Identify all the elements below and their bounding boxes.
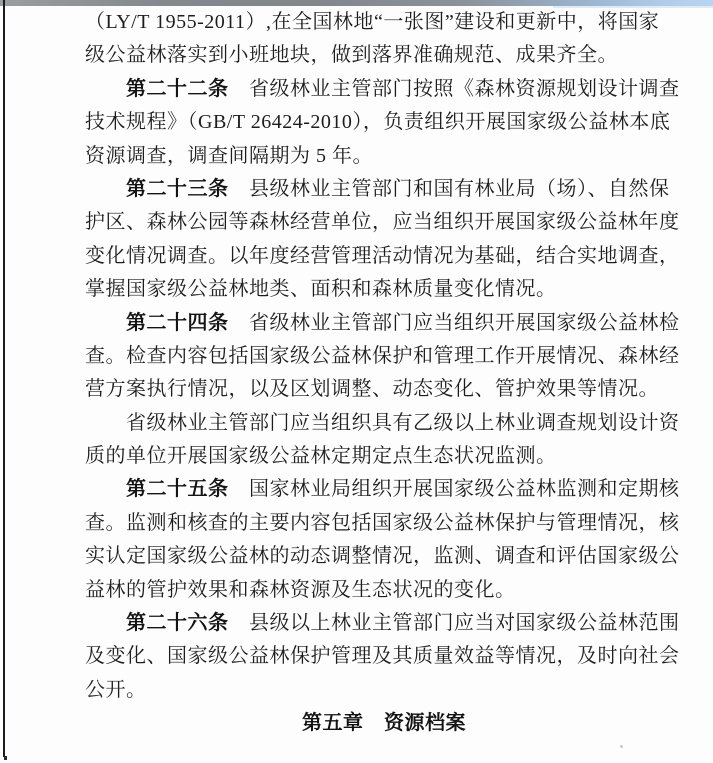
- doc-line-text: 县级以上林业主管部门应当对国家级公益林范围: [229, 612, 680, 634]
- article-number-bold: 第二十二条: [126, 78, 229, 100]
- doc-line: 营方案执行情况，以及区划调整、动态变化、管护效果等情况。: [85, 373, 683, 406]
- chapter-heading: 第五章 资源档案: [85, 707, 683, 740]
- doc-line: 资源调查，调查间隔期为 5 年。: [85, 140, 683, 173]
- document-text-block: （LY/T 1955-2011）,在全国林地“一张图”建设和更新中，将国家 级公…: [85, 6, 683, 741]
- scan-speck: [4, 756, 7, 760]
- article-number-bold: 第二十四条: [126, 312, 229, 334]
- doc-line: 掌握国家级公益林地类、面积和森林质量变化情况。: [85, 273, 683, 306]
- doc-line-text: 查。检查内容包括国家级公益林保护和管理工作开展情况、森林经: [85, 345, 680, 367]
- doc-line-text: 资源调查，调查间隔期为 5 年。: [85, 145, 373, 167]
- doc-line: 公开。: [85, 674, 683, 707]
- doc-line-text: 省级林业主管部门应当组织开展国家级公益林检: [229, 312, 680, 334]
- article-number-bold: 第二十五条: [126, 478, 229, 500]
- doc-line-text: 护区、森林公园等森林经营单位，应当组织开展国家级公益林年度: [85, 211, 680, 233]
- article-number-bold: 第二十六条: [126, 612, 229, 634]
- doc-line-text: 及变化、国家级公益林保护管理及其质量效益等情况，及时向社会: [85, 645, 680, 667]
- doc-line: 查。检查内容包括国家级公益林保护和管理工作开展情况、森林经: [85, 340, 683, 373]
- doc-line-text: 掌握国家级公益林地类、面积和森林质量变化情况。: [85, 278, 557, 300]
- doc-line-text: 变化情况调查。以年度经营管理活动情况为基础，结合实地调查，: [85, 245, 680, 267]
- doc-line-text: （LY/T 1955-2011）,在全国林地“一张图”建设和更新中，将国家: [85, 11, 659, 33]
- doc-line-text: 质的单位开展国家级公益林定期定点生态状况监测。: [85, 445, 557, 467]
- doc-line-text: 益林的管护效果和森林资源及生态状况的变化。: [85, 579, 516, 601]
- doc-line-text: 营方案执行情况，以及区划调整、动态变化、管护效果等情况。: [85, 378, 659, 400]
- doc-line: 省级林业主管部门应当组织具有乙级以上林业调查规划设计资: [85, 407, 683, 440]
- scan-left-edge-line: [3, 0, 5, 757]
- doc-line-text: 县级林业主管部门和国有林业局（场）、自然保: [229, 178, 670, 200]
- doc-line: 益林的管护效果和森林资源及生态状况的变化。: [85, 574, 683, 607]
- doc-line: 及变化、国家级公益林保护管理及其质量效益等情况，及时向社会: [85, 640, 683, 673]
- doc-line: 级公益林落实到小班地块，做到落界准确规范、成果齐全。: [85, 39, 683, 72]
- doc-line: 护区、森林公园等森林经营单位，应当组织开展国家级公益林年度: [85, 206, 683, 239]
- doc-line: 变化情况调查。以年度经营管理活动情况为基础，结合实地调查，: [85, 240, 683, 273]
- scanned-document-page: （LY/T 1955-2011）,在全国林地“一张图”建设和更新中，将国家 级公…: [0, 0, 713, 763]
- doc-line: 第二十三条 县级林业主管部门和国有林业局（场）、自然保: [85, 173, 683, 206]
- doc-line: 质的单位开展国家级公益林定期定点生态状况监测。: [85, 440, 683, 473]
- doc-line-text: 级公益林落实到小班地块，做到落界准确规范、成果齐全。: [85, 44, 618, 66]
- doc-line-text: 省级林业主管部门应当组织具有乙级以上林业调查规划设计资: [126, 412, 680, 434]
- doc-line: 第二十四条 省级林业主管部门应当组织开展国家级公益林检: [85, 307, 683, 340]
- scan-speck: [620, 745, 623, 748]
- article-number-bold: 第二十三条: [126, 178, 229, 200]
- doc-line: 实认定国家级公益林的动态调整情况，监测、调查和评估国家级公: [85, 540, 683, 573]
- doc-line: 技术规程》（GB/T 26424-2010），负责组织开展国家级公益林本底: [85, 106, 683, 139]
- doc-line: （LY/T 1955-2011）,在全国林地“一张图”建设和更新中，将国家: [85, 6, 683, 39]
- doc-line-text: 实认定国家级公益林的动态调整情况，监测、调查和评估国家级公: [85, 545, 680, 567]
- doc-line: 第二十六条 县级以上林业主管部门应当对国家级公益林范围: [85, 607, 683, 640]
- doc-line-text: 国家林业局组织开展国家级公益林监测和定期核: [229, 478, 680, 500]
- doc-line: 查。监测和核查的主要内容包括国家级公益林保护与管理情况，核: [85, 507, 683, 540]
- doc-line-text: 查。监测和核查的主要内容包括国家级公益林保护与管理情况，核: [85, 512, 680, 534]
- doc-line-text: 公开。: [85, 679, 147, 701]
- doc-line-text: 省级林业主管部门按照《森林资源规划设计调查: [229, 78, 680, 100]
- doc-line: 第二十五条 国家林业局组织开展国家级公益林监测和定期核: [85, 473, 683, 506]
- doc-line-text: 技术规程》（GB/T 26424-2010），负责组织开展国家级公益林本底: [85, 111, 670, 133]
- doc-line: 第二十二条 省级林业主管部门按照《森林资源规划设计调查: [85, 73, 683, 106]
